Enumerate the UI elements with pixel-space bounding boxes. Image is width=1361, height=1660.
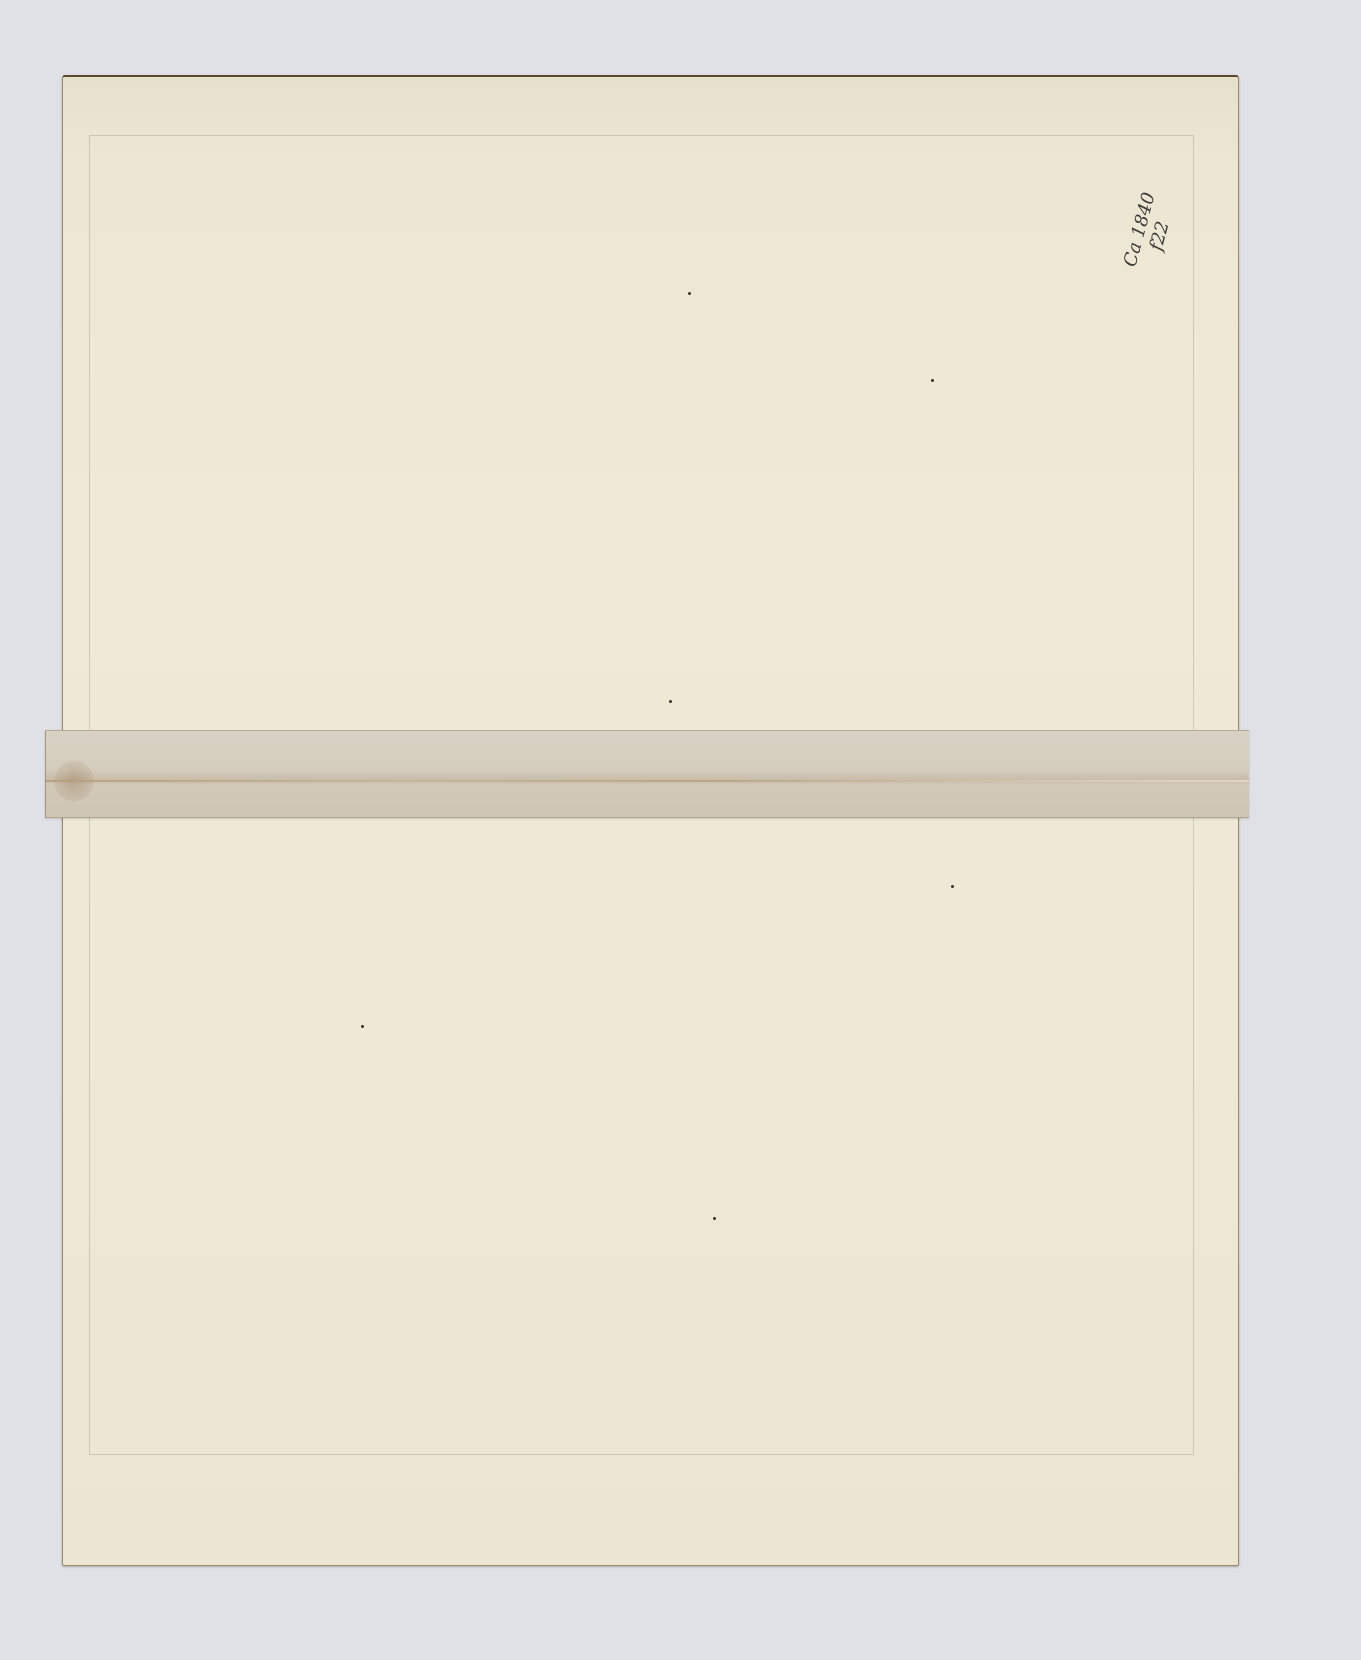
- paper-speck: [688, 292, 691, 295]
- tape-crease: [46, 780, 1249, 782]
- paper-speck: [931, 379, 934, 382]
- handwritten-annotation: Ca 1840 f22: [1118, 170, 1188, 280]
- paper-speck: [951, 885, 954, 888]
- paper-speck: [669, 700, 672, 703]
- tape-strip: [45, 730, 1249, 818]
- paper-sheet: [62, 75, 1239, 1566]
- paper-speck: [713, 1217, 716, 1220]
- paper-speck: [361, 1025, 364, 1028]
